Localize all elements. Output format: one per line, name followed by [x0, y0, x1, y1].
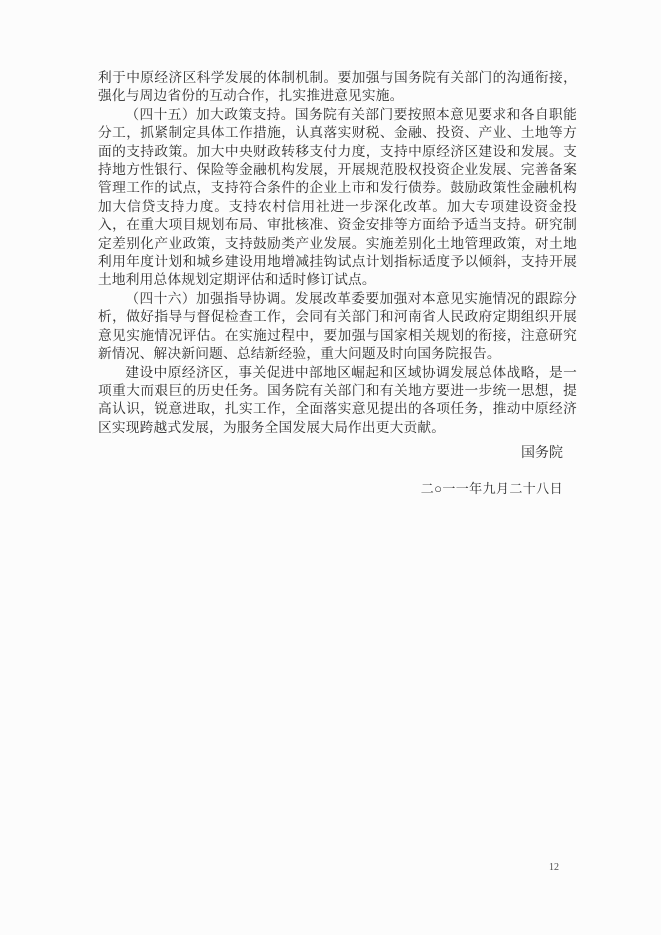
signature-issuer: 国务院 [98, 444, 577, 463]
body-paragraph-closing: 建设中原经济区，事关促进中部地区崛起和区域协调发展总体战略，是一项重大而艰巨的历… [98, 364, 577, 438]
body-paragraph-section-45: （四十五）加大政策支持。国务院有关部门要按照本意见要求和各自职能分工，抓紧制定具… [98, 106, 577, 290]
body-paragraph-section-46: （四十六）加强指导协调。发展改革委要加强对本意见实施情况的跟踪分析，做好指导与督… [98, 290, 577, 364]
page-number: 12 [549, 862, 559, 873]
document-body: 利于中原经济区科学发展的体制机制。要加强与国务院有关部门的沟通衔接，强化与周边省… [98, 69, 577, 437]
signature-date: 二○一一年九月二十八日 [98, 479, 577, 498]
document-page: 利于中原经济区科学发展的体制机制。要加强与国务院有关部门的沟通衔接，强化与周边省… [98, 69, 577, 498]
body-paragraph-continuation: 利于中原经济区科学发展的体制机制。要加强与国务院有关部门的沟通衔接，强化与周边省… [98, 69, 577, 106]
